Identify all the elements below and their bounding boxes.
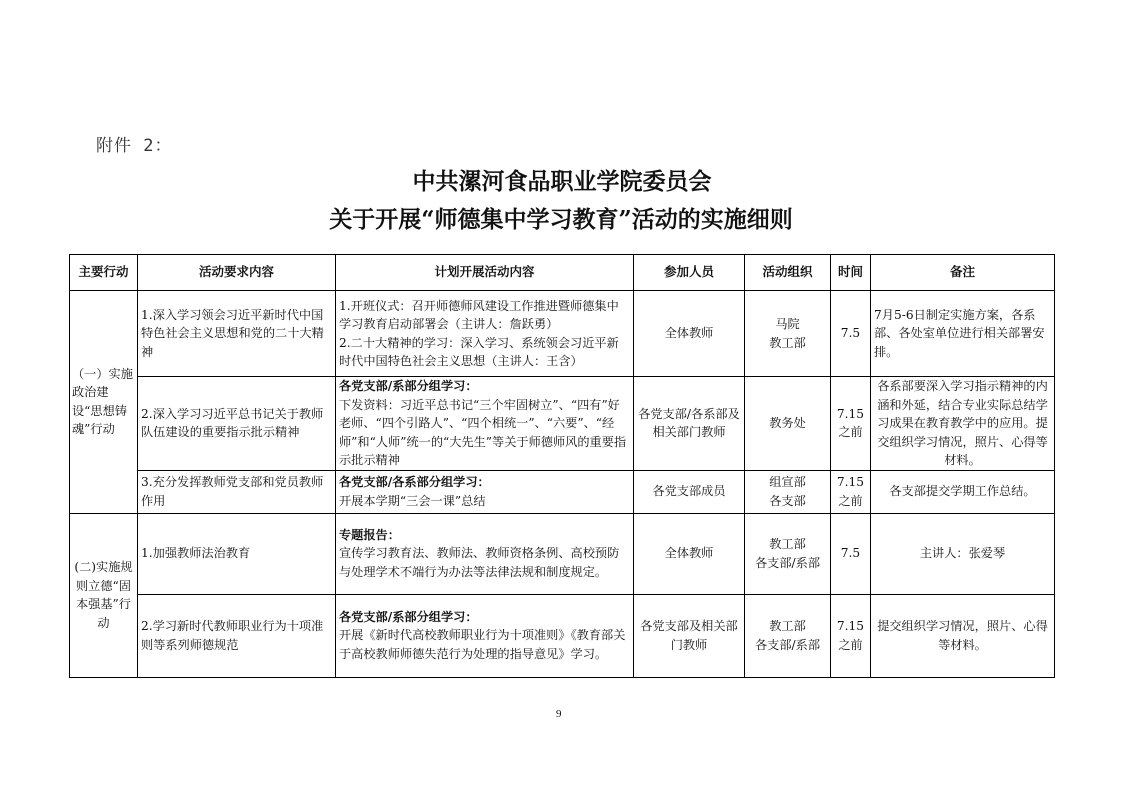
time-line: 之前 bbox=[834, 423, 867, 442]
requirement-cell: 3.充分发挥教师党支部和党员教师作用 bbox=[138, 470, 336, 513]
page-number: 9 bbox=[556, 708, 562, 720]
header-organizer: 活动组织 bbox=[745, 255, 831, 291]
participants-cell: 全体教师 bbox=[634, 513, 745, 594]
implementation-table: 主要行动 活动要求内容 计划开展活动内容 参加人员 活动组织 时间 备注 （一）… bbox=[69, 254, 1055, 678]
remarks-cell: 各支部提交学期工作总结。 bbox=[871, 470, 1055, 513]
time-line: 7.5 bbox=[834, 544, 867, 563]
organizer-line: 各支部/系部 bbox=[748, 554, 827, 573]
section-action-cell: （一）实施政治建设“思想铸魂”行动 bbox=[70, 291, 138, 514]
table-row: 3.充分发挥教师党支部和党员教师作用 各党支部/各系部分组学习： 开展本学期“三… bbox=[70, 470, 1055, 513]
organizer-line: 组宣部 bbox=[748, 473, 827, 492]
requirement-cell: 1.加强教师法治教育 bbox=[138, 513, 336, 594]
remarks-cell: 提交组织学习情况，照片、心得等材料。 bbox=[871, 594, 1055, 677]
organizer-line: 教务处 bbox=[748, 414, 827, 433]
organizer-line: 教工部 bbox=[748, 617, 827, 636]
document-title-line1: 中共漯河食品职业学院委员会 bbox=[1, 163, 1122, 196]
content-heading: 专题报告： bbox=[339, 526, 630, 545]
table-header-row: 主要行动 活动要求内容 计划开展活动内容 参加人员 活动组织 时间 备注 bbox=[70, 255, 1055, 291]
section-action-cell: (二)实施规则立德“固本强基”行动 bbox=[70, 513, 138, 677]
requirement-cell: 1.深入学习领会习近平新时代中国特色社会主义思想和党的二十大精神 bbox=[138, 291, 336, 377]
remarks-cell: 7月5-6日制定实施方案，各系部、各处室单位进行相关部署安排。 bbox=[871, 291, 1055, 377]
organizer-cell: 组宣部 各支部 bbox=[745, 470, 831, 513]
organizer-cell: 教务处 bbox=[745, 377, 831, 471]
time-cell: 7.15 之前 bbox=[831, 377, 871, 471]
content-line: 2.二十大精神的学习：深入学习、系统领会习近平新时代中国特色社会主义思想（主讲人… bbox=[339, 334, 630, 371]
time-line: 7.15 bbox=[834, 617, 867, 636]
table-row: 2.深入学习习近平总书记关于教师队伍建设的重要指示批示精神 各党支部/系部分组学… bbox=[70, 377, 1055, 471]
content-line: 宣传学习教育法、教师法、教师资格条例、高校预防与处理学术不端行为办法等法律法规和… bbox=[339, 544, 630, 581]
time-cell: 7.15 之前 bbox=[831, 470, 871, 513]
content-heading: 各党支部/系部分组学习： bbox=[339, 377, 630, 396]
remarks-cell: 主讲人：张爱琴 bbox=[871, 513, 1055, 594]
header-participants: 参加人员 bbox=[634, 255, 745, 291]
organizer-line: 各支部 bbox=[748, 492, 827, 511]
content-cell: 1.开班仪式：召开师德师风建设工作推进暨师德集中学习教育启动部署会（主讲人：詹跃… bbox=[336, 291, 634, 377]
header-time: 时间 bbox=[831, 255, 871, 291]
attachment-label: 附件 2： bbox=[96, 131, 172, 156]
requirement-cell: 2.学习新时代教师职业行为十项准则等系列师德规范 bbox=[138, 594, 336, 677]
organizer-cell: 教工部 各支部/系部 bbox=[745, 513, 831, 594]
content-line: 开展本学期“三会一课”总结 bbox=[339, 492, 630, 511]
participants-cell: 各党支部成员 bbox=[634, 470, 745, 513]
time-cell: 7.5 bbox=[831, 291, 871, 377]
organizer-line: 教工部 bbox=[748, 334, 827, 353]
content-line: 下发资料：习近平总书记“三个牢固树立”、“四有”好老师、“四个引路人”、“四个相… bbox=[339, 396, 630, 470]
content-cell: 专题报告： 宣传学习教育法、教师法、教师资格条例、高校预防与处理学术不端行为办法… bbox=[336, 513, 634, 594]
content-cell: 各党支部/各系部分组学习： 开展本学期“三会一课”总结 bbox=[336, 470, 634, 513]
table-row: （一）实施政治建设“思想铸魂”行动 1.深入学习领会习近平新时代中国特色社会主义… bbox=[70, 291, 1055, 377]
header-planned-content: 计划开展活动内容 bbox=[336, 255, 634, 291]
time-line: 之前 bbox=[834, 636, 867, 655]
time-line: 7.15 bbox=[834, 405, 867, 424]
content-line: 1.开班仪式：召开师德师风建设工作推进暨师德集中学习教育启动部署会（主讲人：詹跃… bbox=[339, 297, 630, 334]
header-main-action: 主要行动 bbox=[70, 255, 138, 291]
time-line: 7.5 bbox=[834, 324, 867, 343]
remarks-cell: 各系部要深入学习指示精神的内涵和外延，结合专业实际总结学习成果在教育教学中的应用… bbox=[871, 377, 1055, 471]
time-line: 之前 bbox=[834, 492, 867, 511]
organizer-cell: 教工部 各支部/系部 bbox=[745, 594, 831, 677]
header-requirement: 活动要求内容 bbox=[138, 255, 336, 291]
content-line: 开展《新时代高校教师职业行为十项准则》《教育部关于高校教师师德失范行为处理的指导… bbox=[339, 626, 630, 663]
organizer-line: 各支部/系部 bbox=[748, 636, 827, 655]
organizer-cell: 马院 教工部 bbox=[745, 291, 831, 377]
table-row: (二)实施规则立德“固本强基”行动 1.加强教师法治教育 专题报告： 宣传学习教… bbox=[70, 513, 1055, 594]
content-cell: 各党支部/系部分组学习： 下发资料：习近平总书记“三个牢固树立”、“四有”好老师… bbox=[336, 377, 634, 471]
content-cell: 各党支部/系部分组学习： 开展《新时代高校教师职业行为十项准则》《教育部关于高校… bbox=[336, 594, 634, 677]
requirement-cell: 2.深入学习习近平总书记关于教师队伍建设的重要指示批示精神 bbox=[138, 377, 336, 471]
participants-cell: 各党支部及相关部门教师 bbox=[634, 594, 745, 677]
organizer-line: 马院 bbox=[748, 315, 827, 334]
time-cell: 7.5 bbox=[831, 513, 871, 594]
organizer-line: 教工部 bbox=[748, 535, 827, 554]
content-heading: 各党支部/各系部分组学习： bbox=[339, 473, 630, 492]
table-row: 2.学习新时代教师职业行为十项准则等系列师德规范 各党支部/系部分组学习： 开展… bbox=[70, 594, 1055, 677]
content-heading: 各党支部/系部分组学习： bbox=[339, 608, 630, 627]
document-title-line2: 关于开展“师德集中学习教育”活动的实施细则 bbox=[0, 201, 1122, 234]
participants-cell: 各党支部/各系部及相关部门教师 bbox=[634, 377, 745, 471]
time-line: 7.15 bbox=[834, 473, 867, 492]
header-remarks: 备注 bbox=[871, 255, 1055, 291]
participants-cell: 全体教师 bbox=[634, 291, 745, 377]
time-cell: 7.15 之前 bbox=[831, 594, 871, 677]
